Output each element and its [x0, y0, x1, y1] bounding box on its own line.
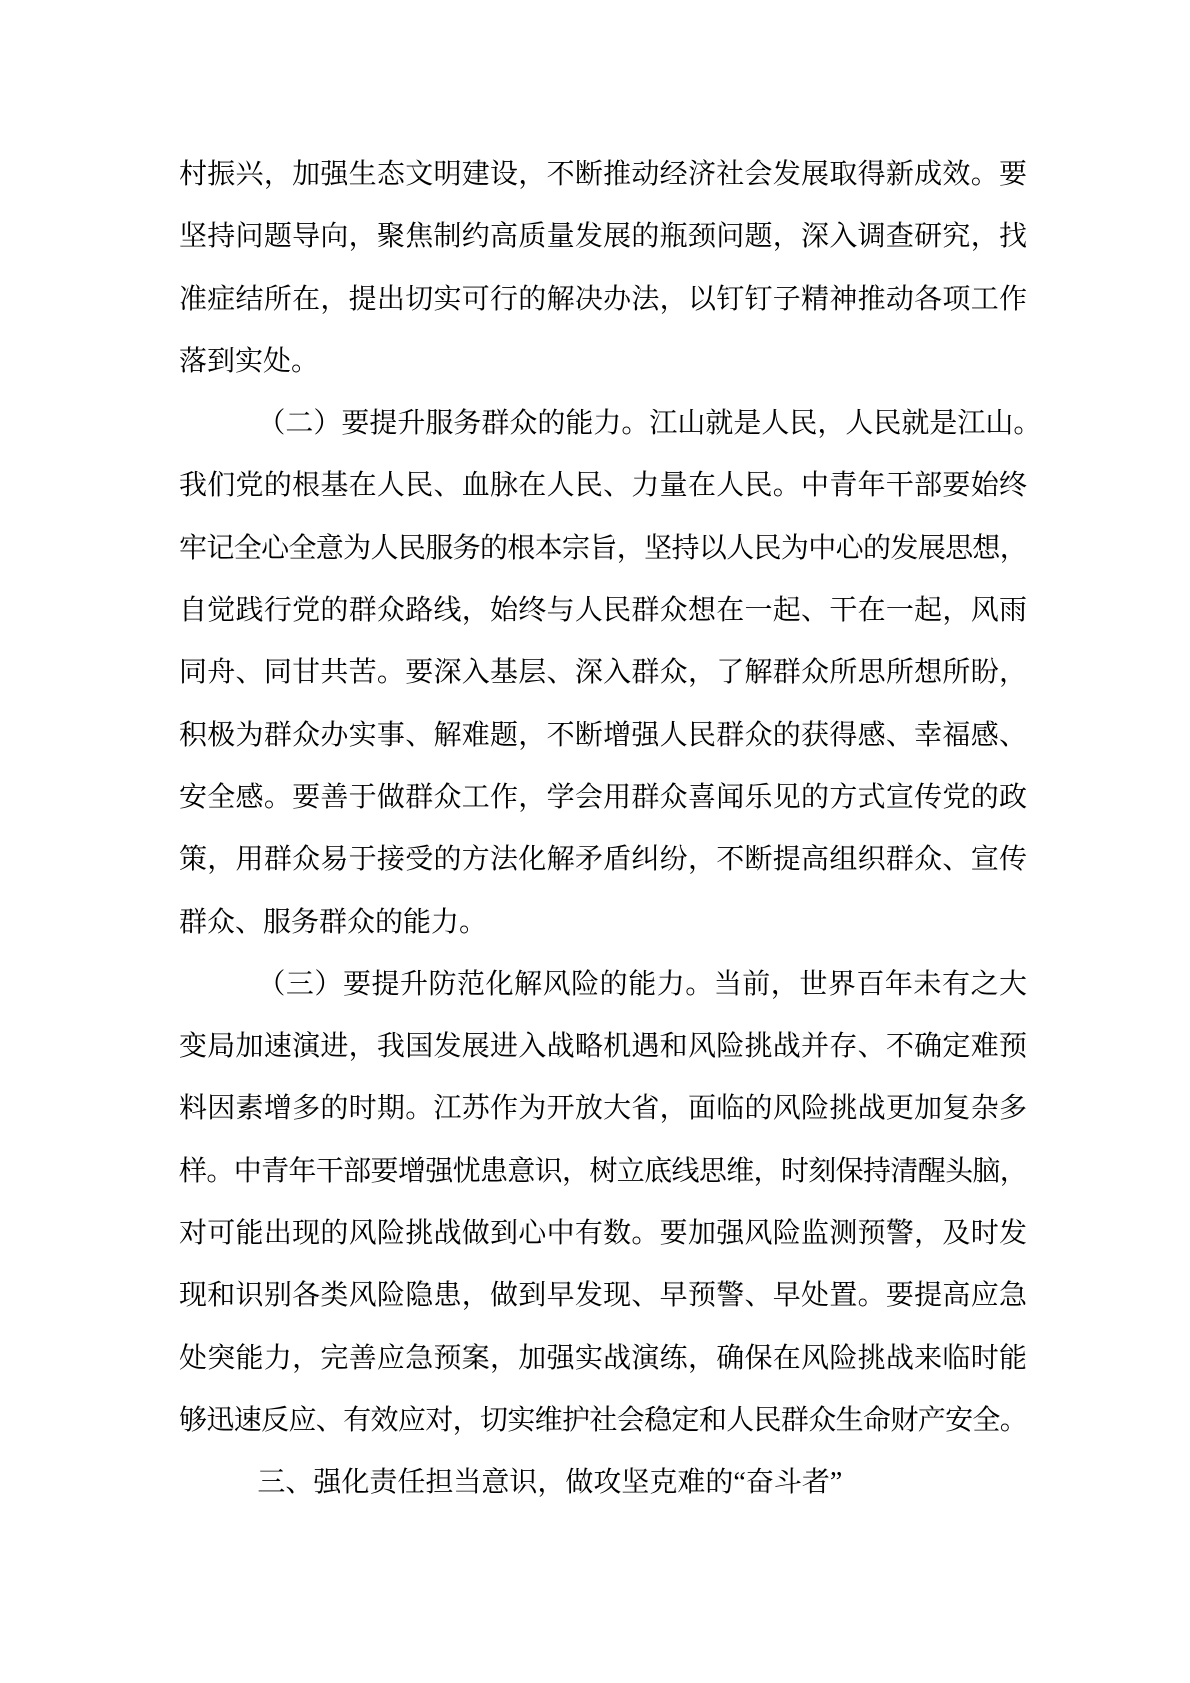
- document-page: 村振兴，加强生态文明建设，不断推动经济社会发展取得新成效。要坚持问题导向，聚焦制…: [0, 0, 1190, 1683]
- body-text-line: 够迅速反应、有效应对，切实维护社会稳定和人民群众生命财产安全。: [179, 1390, 1027, 1452]
- body-text-line: 变局加速演进，我国发展进入战略机遇和风险挑战并存、不确定难预: [179, 1016, 1027, 1078]
- body-text-line: 落到实处。: [179, 331, 1027, 393]
- text-block: 村振兴，加强生态文明建设，不断推动经济社会发展取得新成效。要坚持问题导向，聚焦制…: [179, 144, 1027, 1515]
- body-text-line: 现和识别各类风险隐患，做到早发现、早预警、早处置。要提高应急: [179, 1265, 1027, 1327]
- body-text-line: 样。中青年干部要增强忧患意识，树立底线思维，时刻保持清醒头脑，: [179, 1141, 1027, 1203]
- body-text-line: 处突能力，完善应急预案，加强实战演练，确保在风险挑战来临时能: [179, 1328, 1027, 1390]
- body-text-line: 牢记全心全意为人民服务的根本宗旨，坚持以人民为中心的发展思想，: [179, 518, 1027, 580]
- body-text-line: 同舟、同甘共苦。要深入基层、深入群众，了解群众所思所想所盼，: [179, 642, 1027, 704]
- body-text-line: 料因素增多的时期。江苏作为开放大省，面临的风险挑战更加复杂多: [179, 1078, 1027, 1140]
- body-text-line: 自觉践行党的群众路线，始终与人民群众想在一起、干在一起，风雨: [179, 580, 1027, 642]
- body-text-line: 准症结所在，提出切实可行的解决办法，以钉钉子精神推动各项工作: [179, 269, 1027, 331]
- body-text-line: 群众、服务群众的能力。: [179, 892, 1027, 954]
- body-text-line: （二）要提升服务群众的能力。江山就是人民，人民就是江山。: [179, 393, 1027, 455]
- body-text-line: 坚持问题导向，聚焦制约高质量发展的瓶颈问题，深入调查研究，找: [179, 206, 1027, 268]
- section-heading: 三、强化责任担当意识，做攻坚克难的“奋斗者”: [179, 1452, 1027, 1514]
- body-text-line: 对可能出现的风险挑战做到心中有数。要加强风险监测预警，及时发: [179, 1203, 1027, 1265]
- body-text-line: 村振兴，加强生态文明建设，不断推动经济社会发展取得新成效。要: [179, 144, 1027, 206]
- body-text-line: （三）要提升防范化解风险的能力。当前，世界百年未有之大: [179, 954, 1027, 1016]
- body-text-line: 策，用群众易于接受的方法化解矛盾纠纷，不断提高组织群众、宣传: [179, 829, 1027, 891]
- body-text-line: 我们党的根基在人民、血脉在人民、力量在人民。中青年干部要始终: [179, 455, 1027, 517]
- body-text-line: 安全感。要善于做群众工作，学会用群众喜闻乐见的方式宣传党的政: [179, 767, 1027, 829]
- body-text-line: 积极为群众办实事、解难题，不断增强人民群众的获得感、幸福感、: [179, 705, 1027, 767]
